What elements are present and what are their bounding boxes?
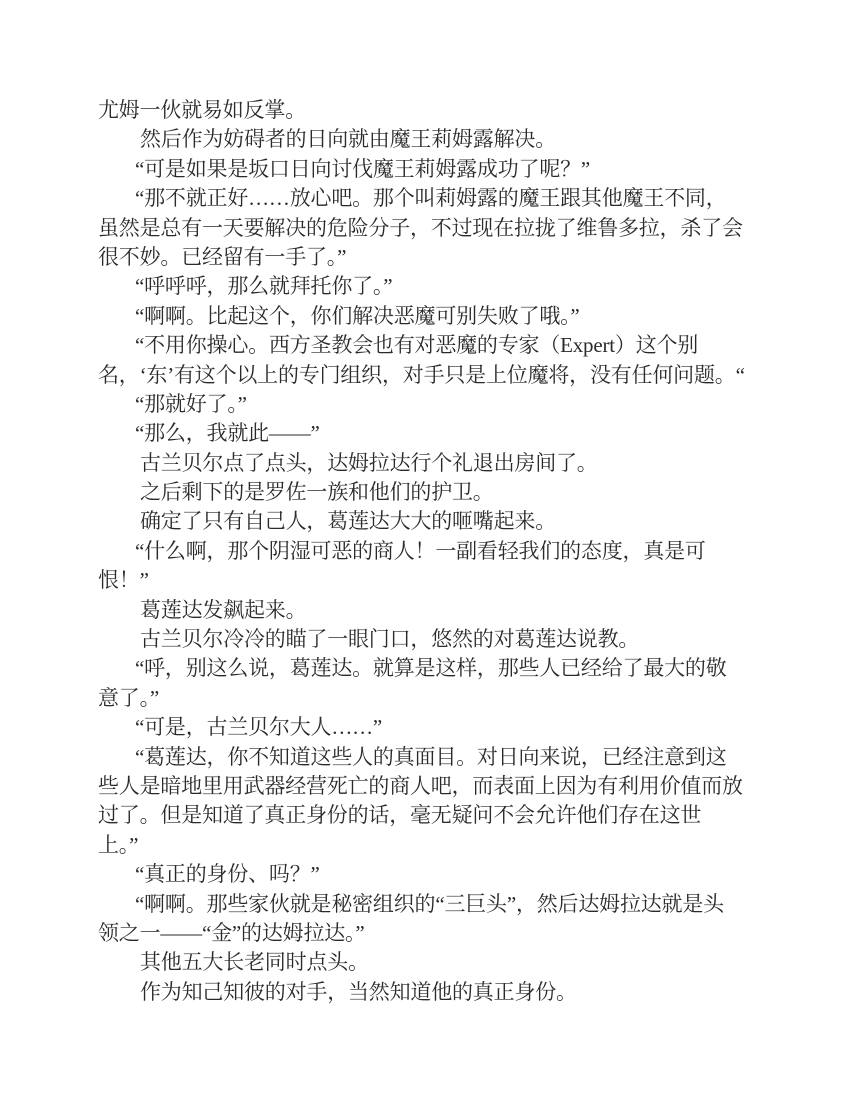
text-line: 上。”	[98, 831, 760, 860]
text-line: 领之一——“金”的达姆拉达。”	[98, 919, 760, 948]
text-line: 古兰贝尔点了点头，达姆拉达行个礼退出房间了。	[98, 449, 760, 478]
novel-page: 尤姆一伙就易如反掌。然后作为妨碍者的日向就由魔王莉姆露解决。“可是如果是坂口日向…	[0, 0, 850, 1100]
text-line: 很不妙。已经留有一手了。”	[98, 243, 760, 272]
text-line: “啊啊。比起这个，你们解决恶魔可别失败了哦。”	[98, 302, 760, 331]
text-block: 尤姆一伙就易如反掌。然后作为妨碍者的日向就由魔王莉姆露解决。“可是如果是坂口日向…	[98, 96, 760, 1007]
text-line: “那不就正好……放心吧。那个叫莉姆露的魔王跟其他魔王不同，	[98, 184, 760, 213]
text-line: “啊啊。那些家伙就是秘密组织的“三巨头”，然后达姆拉达就是头	[98, 890, 760, 919]
text-line: 然后作为妨碍者的日向就由魔王莉姆露解决。	[98, 125, 760, 154]
text-line: “真正的身份、吗？”	[98, 860, 760, 889]
text-line: 之后剩下的是罗佐一族和他们的护卫。	[98, 478, 760, 507]
text-line: “那就好了。”	[98, 390, 760, 419]
text-line: “那么，我就此——”	[98, 419, 760, 448]
text-line: 虽然是总有一天要解决的危险分子，不过现在拉拢了维鲁多拉，杀了会	[98, 214, 760, 243]
text-line: “葛莲达，你不知道这些人的真面目。对日向来说，已经注意到这	[98, 743, 760, 772]
text-line: 作为知己知彼的对手，当然知道他的真正身份。	[98, 978, 760, 1007]
text-line: “可是如果是坂口日向讨伐魔王莉姆露成功了呢？”	[98, 155, 760, 184]
text-line: 些人是暗地里用武器经营死亡的商人吧，而表面上因为有利用价值而放	[98, 772, 760, 801]
text-line: 意了。”	[98, 684, 760, 713]
text-line: “不用你操心。西方圣教会也有对恶魔的专家（Expert）这个别	[98, 331, 760, 360]
text-line: “呼呼呼，那么就拜托你了。”	[98, 272, 760, 301]
text-line: “呼，别这么说，葛莲达。就算是这样，那些人已经给了最大的敬	[98, 654, 760, 683]
text-line: 尤姆一伙就易如反掌。	[98, 96, 760, 125]
text-line: 葛莲达发飙起来。	[98, 596, 760, 625]
text-line: 确定了只有自己人，葛莲达大大的咂嘴起来。	[98, 507, 760, 536]
text-line: 名，‘东’有这个以上的专门组织，对手只是上位魔将，没有任何问题。“	[98, 361, 760, 390]
text-line: 过了。但是知道了真正身份的话，毫无疑问不会允许他们存在这世	[98, 801, 760, 830]
text-line: 古兰贝尔冷冷的瞄了一眼门口，悠然的对葛莲达说教。	[98, 625, 760, 654]
text-line: 恨！”	[98, 566, 760, 595]
text-line: 其他五大长老同时点头。	[98, 948, 760, 977]
text-line: “可是，古兰贝尔大人……”	[98, 713, 760, 742]
text-line: “什么啊，那个阴湿可恶的商人！一副看轻我们的态度，真是可	[98, 537, 760, 566]
